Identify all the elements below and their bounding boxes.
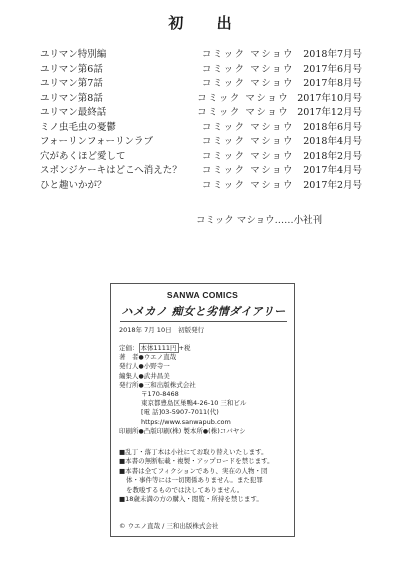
story-title: 穴があくほど愛して — [40, 150, 126, 165]
issue-date: 2017年2月号 — [302, 179, 362, 194]
magazine-name: コミック マショウ — [202, 135, 294, 150]
story-title: スポンジケーキはどこへ消えた？ — [40, 164, 182, 179]
printer-label: 印刷所 — [119, 427, 139, 435]
issue-date: 2017年8月号 — [302, 77, 362, 92]
issuer-label: 発行人 — [119, 362, 139, 370]
note-item: ■18歳未満の方の購入・閲覧・所持を禁じます。 — [119, 495, 274, 504]
issue-date: 2017年4月号 — [302, 164, 362, 179]
publisher-name: 三和出版株式会社 — [144, 381, 196, 389]
price-tax: +税 — [179, 344, 191, 352]
magazine-name: コミック マショウ — [202, 48, 294, 63]
issue-date: 2017年10月号 — [297, 92, 362, 107]
author-label: 著 者 — [119, 353, 139, 361]
list-item: スポンジケーキはどこへ消えた？コミック マショウ2017年4月号 — [40, 164, 362, 179]
story-title: ひと趣いかが？ — [40, 179, 107, 194]
story-title: ユリマン最終話 — [40, 106, 106, 121]
list-item: ユリマン特別編コミック マショウ2018年7月号 — [40, 48, 362, 63]
binder-name: (株)コバヤシ — [208, 427, 246, 435]
publisher-note: コミック マショウ……小社刊 — [196, 212, 322, 226]
price-label: 定価： — [119, 344, 139, 352]
legal-notes: ■乱丁・落丁本は小社にてお取り替えいたします。 ■本書の無断転載・複製・アップロ… — [119, 448, 274, 504]
issue-date: 2018年4月号 — [302, 135, 362, 150]
note-item-continued: 体・事件等には一切関係ありません。また犯罪 — [119, 476, 274, 485]
list-item: ユリマン第8話コミック マショウ2017年10月号 — [40, 92, 362, 107]
phone: [電 話]03-5907-7011(代) — [119, 408, 246, 417]
book-title: ハメカノ 痴女と劣情ダイアリー — [120, 303, 287, 322]
story-title: ユリマン特別編 — [40, 48, 106, 63]
magazine-name: コミック マショウ — [202, 179, 294, 194]
story-title: ユリマン第6話 — [40, 63, 103, 78]
list-item: ユリマン最終話コミック マショウ2017年12月号 — [40, 106, 362, 121]
magazine-name: コミック マショウ — [197, 92, 289, 107]
note-item: ■乱丁・落丁本は小社にてお取り替えいたします。 — [119, 448, 274, 457]
magazine-name: コミック マショウ — [202, 77, 294, 92]
editor-label: 編集人 — [119, 372, 139, 380]
price-line: 定価：本体1111円+税 — [119, 344, 246, 353]
price-value: 本体1111円 — [139, 343, 179, 353]
list-item: ミノ虫毛虫の憂鬱コミック マショウ2018年6月号 — [40, 121, 362, 136]
website-url: https://www.sanwapub.com — [119, 418, 246, 427]
editor-name: 武井昌美 — [144, 372, 170, 380]
issue-date: 2017年12月号 — [297, 106, 362, 121]
story-title: ミノ虫毛虫の憂鬱 — [40, 121, 116, 136]
printer-line: 印刷所●凸版印刷(株) 製本所●(株)コバヤシ — [119, 427, 246, 436]
editor-line: 編集人●武井昌美 — [119, 372, 246, 381]
story-title: フォーリンフォーリンラブ — [40, 135, 153, 150]
issue-date: 2018年6月号 — [302, 121, 362, 136]
magazine-name: コミック マショウ — [202, 150, 294, 165]
publication-date: 2018年 7月 10日 初版発行 — [119, 325, 204, 334]
story-title: ユリマン第7話 — [40, 77, 103, 92]
magazine-name: コミック マショウ — [197, 106, 289, 121]
list-item: ユリマン第6話コミック マショウ2017年6月号 — [40, 63, 362, 78]
magazine-name: コミック マショウ — [202, 164, 294, 179]
publisher-label: 発行所 — [119, 381, 139, 389]
list-item: フォーリンフォーリンラブコミック マショウ2018年4月号 — [40, 135, 362, 150]
binder-label: 製本所 — [183, 427, 203, 435]
first-appearance-list: ユリマン特別編コミック マショウ2018年7月号 ユリマン第6話コミック マショ… — [40, 48, 362, 193]
issuer-line: 発行人●小野寺一 — [119, 362, 246, 371]
note-item: ■本書の無断転載・複製・アップロードを禁じます。 — [119, 457, 274, 466]
copyright: © ウエノ直哉 / 三和出版株式会社 — [119, 521, 218, 530]
publisher-line: 発行所●三和出版株式会社 — [119, 381, 246, 390]
publisher-note-label: 小社刊 — [294, 215, 323, 226]
imprint-brand: SANWA COMICS — [111, 290, 294, 300]
issue-date: 2018年2月号 — [302, 150, 362, 165]
story-title: ユリマン第8話 — [40, 92, 103, 107]
note-item-continued: を教唆するものでは決してありません。 — [119, 486, 274, 495]
magazine-name: コミック マショウ — [202, 63, 294, 78]
page-heading: 初 出 — [0, 12, 400, 33]
magazine-name: コミック マショウ — [202, 121, 294, 136]
note-item: ■本書は全てフィクションであり、実在の人物・団 — [119, 467, 274, 476]
author-name: ウエノ直哉 — [144, 353, 177, 361]
issuer-name: 小野寺一 — [144, 362, 170, 370]
imprint-info: 定価：本体1111円+税 著 者●ウエノ直哉 発行人●小野寺一 編集人●武井昌美… — [119, 344, 246, 436]
list-item: ひと趣いかが？コミック マショウ2017年2月号 — [40, 179, 362, 194]
issue-date: 2017年6月号 — [302, 63, 362, 78]
imprint-box: SANWA COMICS ハメカノ 痴女と劣情ダイアリー 2018年 7月 10… — [110, 283, 295, 537]
publisher-note-magazine: コミック マショウ…… — [196, 215, 294, 226]
list-item: 穴があくほど愛してコミック マショウ2018年2月号 — [40, 150, 362, 165]
postal-code: 〒170-8468 — [119, 390, 246, 399]
printer-name: 凸版印刷(株) — [144, 427, 182, 435]
list-item: ユリマン第7話コミック マショウ2017年8月号 — [40, 77, 362, 92]
issue-date: 2018年7月号 — [302, 48, 362, 63]
